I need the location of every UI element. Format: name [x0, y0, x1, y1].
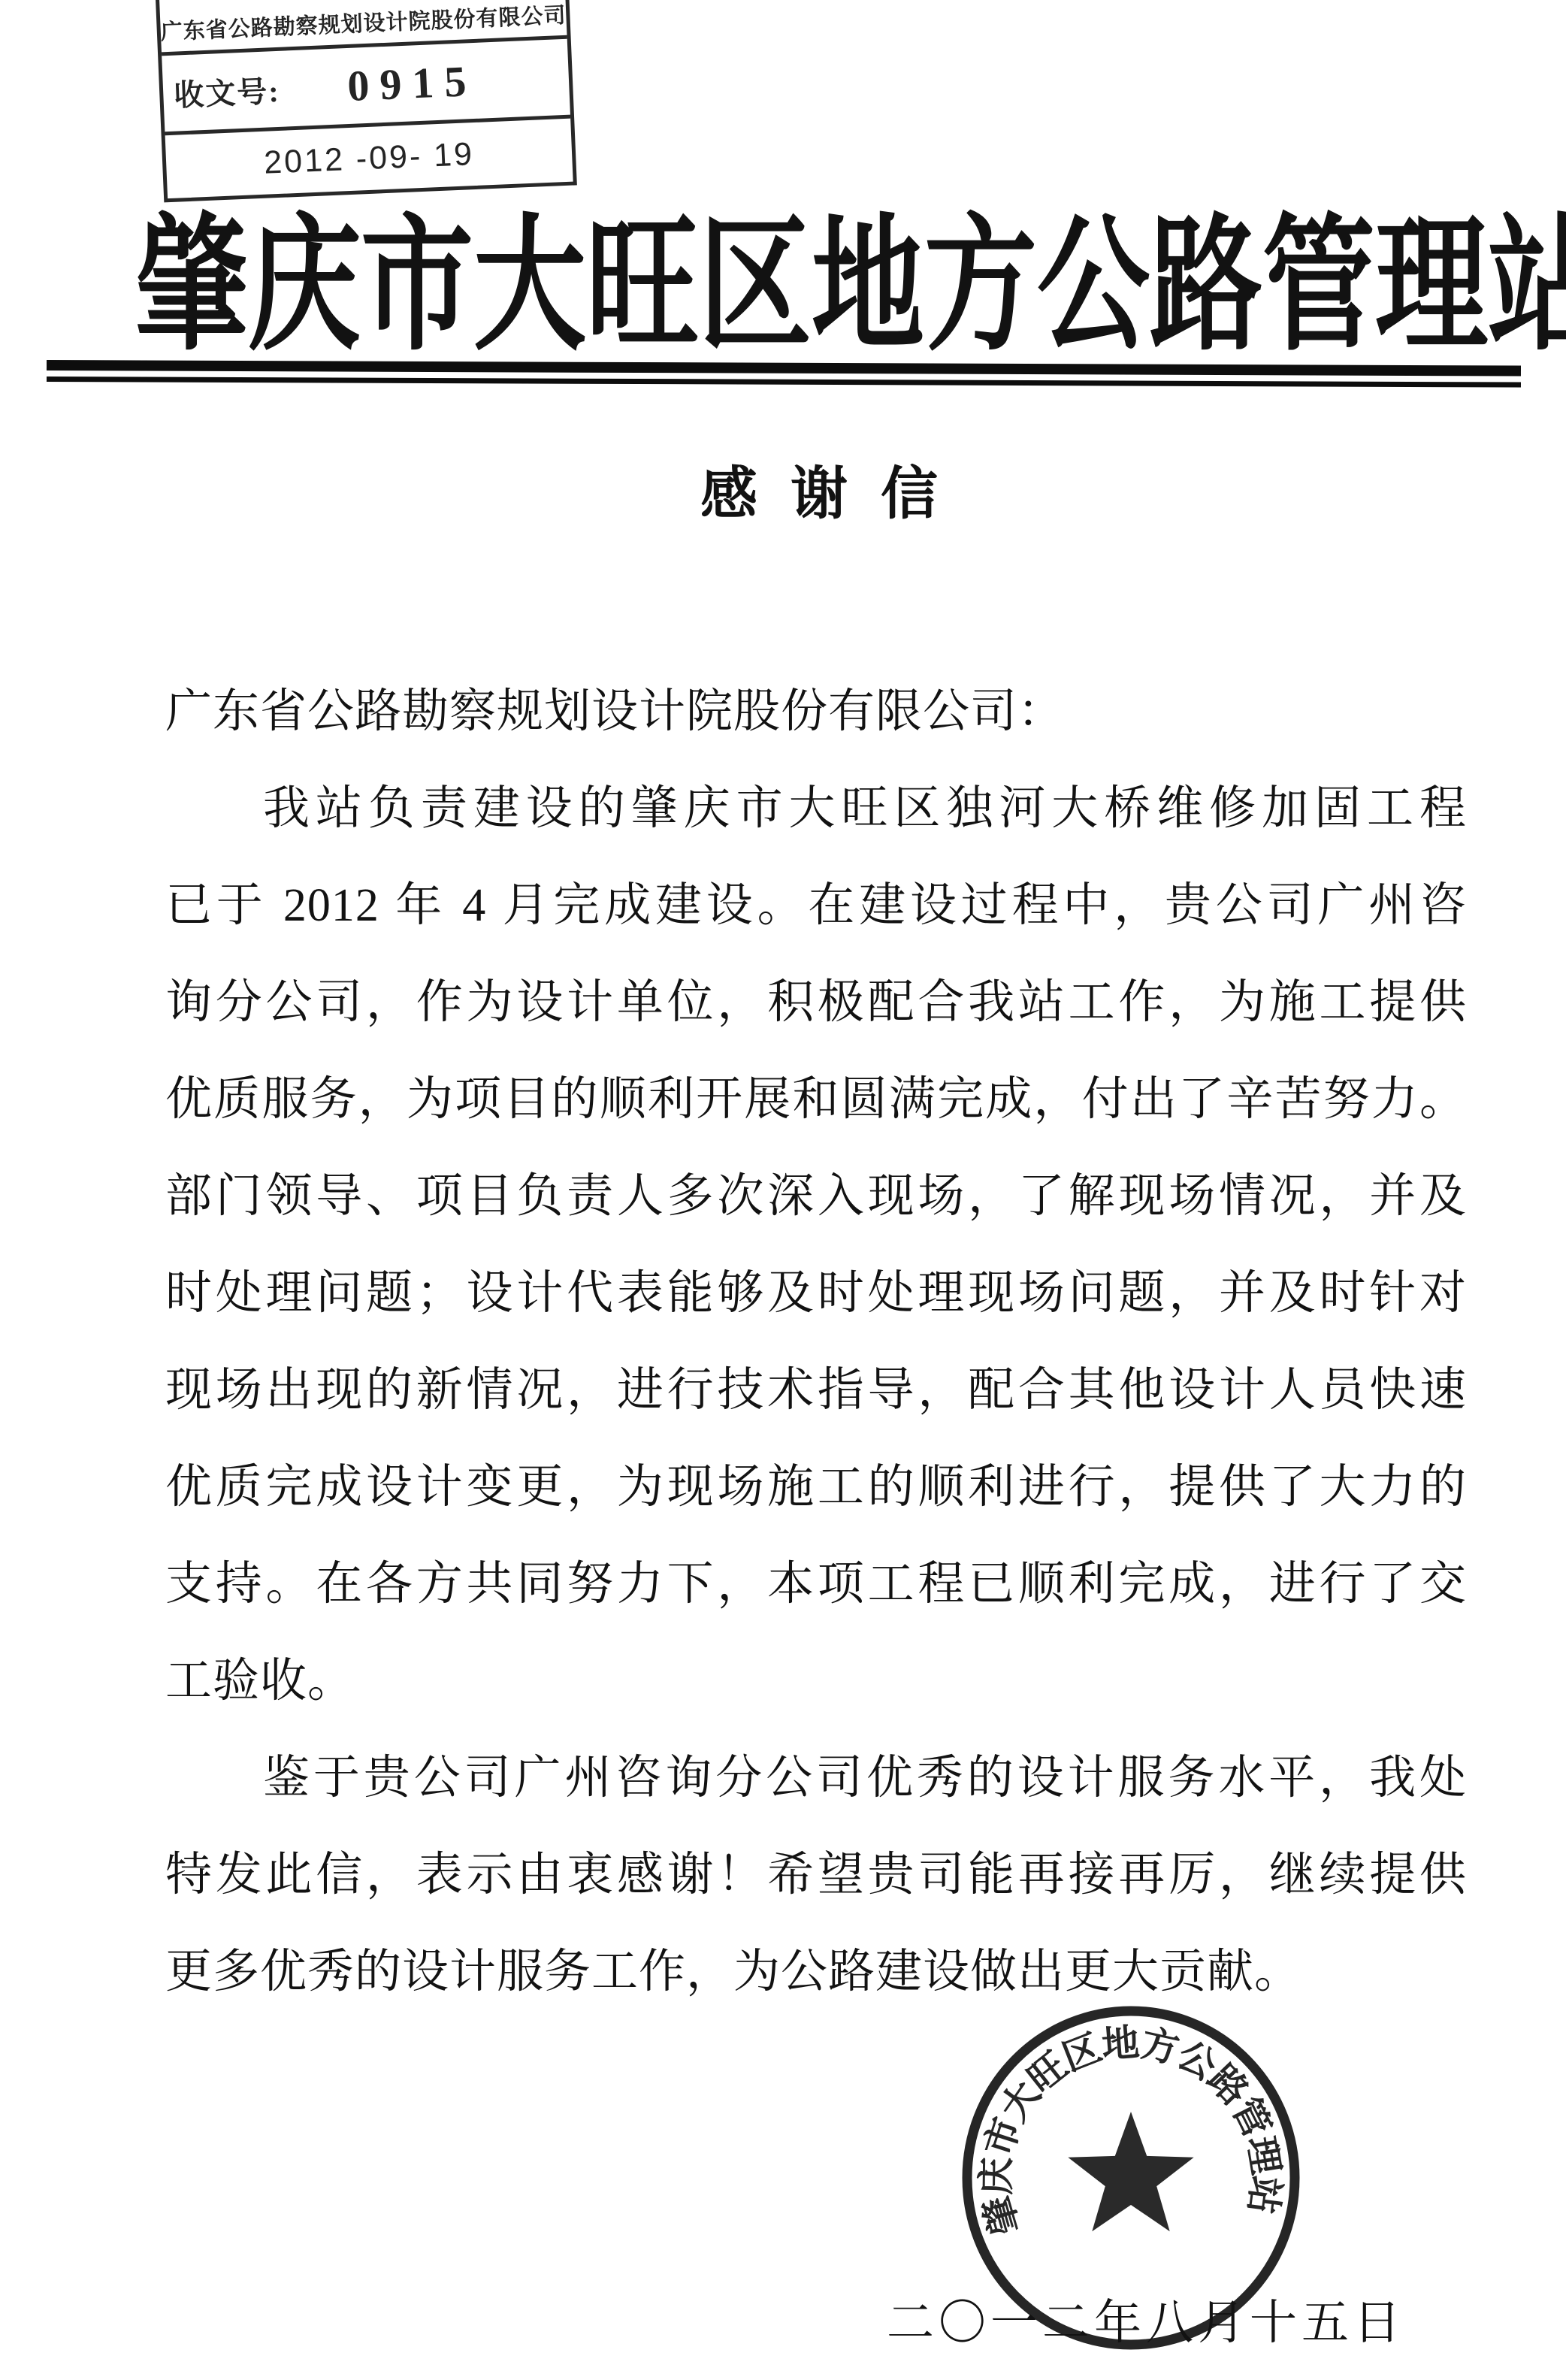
body-line: 现场出现的新情况，进行技术指导，配合其他设计人员快速 [165, 1342, 1467, 1439]
body-line: 我站负责建设的肇庆市大旺区独河大桥维修加固工程 [165, 761, 1467, 857]
letter-body: 广东省公路勘察规划设计院股份有限公司： 我站负责建设的肇庆市大旺区独河大桥维修加… [165, 664, 1467, 2021]
body-line: 时处理问题；设计代表能够及时处理现场问题，并及时针对 [165, 1245, 1467, 1342]
body-line: 特发此信，表示由衷感谢！希望贵司能再接再厉，继续提供 [165, 1827, 1467, 1924]
letterhead-org-name: 肇庆市大旺区地方公路管理站 [135, 167, 1501, 378]
body-line: 已于 2012 年 4 月完成建设。在建设过程中，贵公司广州咨 [165, 857, 1467, 954]
body-line: 优质服务，为项目的顺利开展和圆满完成，付出了辛苦努力。 [165, 1051, 1467, 1148]
letterhead-rule-thin [47, 377, 1521, 388]
body-line: 部门领导、项目负责人多次深入现场，了解现场情况，并及 [165, 1148, 1467, 1245]
letter-title: 感谢信 [700, 448, 971, 530]
body-line: 支持。在各方共同努力下，本项工程已顺利完成，进行了交 [165, 1536, 1467, 1633]
body-line: 优质完成设计变更，为现场施工的顺利进行，提供了大力的 [165, 1439, 1467, 1536]
body-line: 工验收。 [165, 1633, 1467, 1730]
signature-date: 二〇一二年八月十五日 [887, 2285, 1405, 2353]
scanned-letter-page: 广东省公路勘察规划设计院股份有限公司 收文号: 0915 2012 -09- 1… [0, 0, 1566, 2380]
stamp-doc-number-label: 收文号: [173, 68, 281, 115]
body-line: 询分公司，作为设计单位，积极配合我站工作，为施工提供 [165, 954, 1467, 1051]
body-line: 鉴于贵公司广州咨询分公司优秀的设计服务水平，我处 [165, 1730, 1467, 1827]
star-icon [1068, 2112, 1193, 2231]
stamp-doc-number: 0915 [346, 56, 478, 111]
salutation: 广东省公路勘察规划设计院股份有限公司： [165, 664, 1467, 761]
